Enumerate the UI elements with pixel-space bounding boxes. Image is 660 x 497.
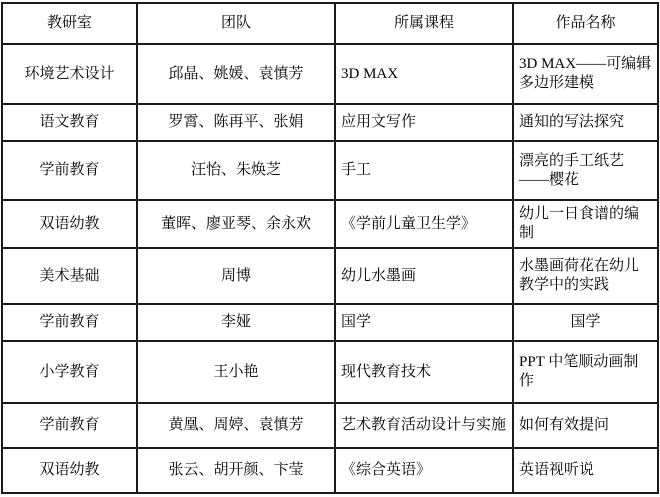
- cell-team: 王小艳: [137, 341, 335, 403]
- cell-team: 李娅: [137, 304, 335, 341]
- table-row: 学前教育 李娅 国学 国学: [2, 304, 658, 341]
- cell-dept: 学前教育: [2, 403, 137, 448]
- table-row: 环境艺术设计 邱晶、姚媛、袁慎芳 3D MAX 3D MAX——可编辑多边形建模: [2, 44, 658, 104]
- cell-work: 如何有效提问: [513, 403, 658, 448]
- cell-work: 3D MAX——可编辑多边形建模: [513, 44, 658, 104]
- cell-team: 汪怡、朱焕芝: [137, 141, 335, 200]
- works-table: 教研室 团队 所属课程 作品名称 环境艺术设计 邱晶、姚媛、袁慎芳 3D MAX…: [1, 2, 659, 494]
- header-row: 教研室 团队 所属课程 作品名称: [2, 3, 658, 44]
- column-header-dept: 教研室: [2, 3, 137, 44]
- table-row: 双语幼教 张云、胡开颜、卞莹 《综合英语》 英语视听说: [2, 448, 658, 493]
- column-header-work: 作品名称: [513, 3, 658, 44]
- table-row: 双语幼教 董晖、廖亚琴、余永欢 《学前儿童卫生学》 幼儿一日食谱的编制: [2, 200, 658, 248]
- table-row: 美术基础 周博 幼儿水墨画 水墨画荷花在幼儿教学中的实践: [2, 248, 658, 304]
- cell-course: 幼儿水墨画: [335, 248, 513, 304]
- cell-course: 应用文写作: [335, 104, 513, 141]
- cell-course: 现代教育技术: [335, 341, 513, 403]
- cell-dept: 语文教育: [2, 104, 137, 141]
- cell-work: 幼儿一日食谱的编制: [513, 200, 658, 248]
- cell-team: 黄凰、周婷、袁慎芳: [137, 403, 335, 448]
- cell-work: 漂亮的手工纸艺——樱花: [513, 141, 658, 200]
- cell-course: 艺术教育活动设计与实施: [335, 403, 513, 448]
- cell-dept: 美术基础: [2, 248, 137, 304]
- cell-team: 周博: [137, 248, 335, 304]
- column-header-course: 所属课程: [335, 3, 513, 44]
- cell-dept: 学前教育: [2, 141, 137, 200]
- cell-team: 张云、胡开颜、卞莹: [137, 448, 335, 493]
- cell-dept: 小学教育: [2, 341, 137, 403]
- cell-dept: 环境艺术设计: [2, 44, 137, 104]
- column-header-team: 团队: [137, 3, 335, 44]
- table-row: 学前教育 黄凰、周婷、袁慎芳 艺术教育活动设计与实施 如何有效提问: [2, 403, 658, 448]
- cell-team: 董晖、廖亚琴、余永欢: [137, 200, 335, 248]
- cell-course: 3D MAX: [335, 44, 513, 104]
- table-row: 学前教育 汪怡、朱焕芝 手工 漂亮的手工纸艺——樱花: [2, 141, 658, 200]
- table-row: 小学教育 王小艳 现代教育技术 PPT 中笔顺动画制作: [2, 341, 658, 403]
- cell-course: 手工: [335, 141, 513, 200]
- cell-dept: 双语幼教: [2, 448, 137, 493]
- cell-dept: 学前教育: [2, 304, 137, 341]
- cell-work: PPT 中笔顺动画制作: [513, 341, 658, 403]
- cell-team: 罗霄、陈再平、张娟: [137, 104, 335, 141]
- cell-work: 水墨画荷花在幼儿教学中的实践: [513, 248, 658, 304]
- cell-dept: 双语幼教: [2, 200, 137, 248]
- cell-course: 《综合英语》: [335, 448, 513, 493]
- cell-course: 国学: [335, 304, 513, 341]
- cell-work: 国学: [513, 304, 658, 341]
- table-row: 语文教育 罗霄、陈再平、张娟 应用文写作 通知的写法探究: [2, 104, 658, 141]
- cell-course: 《学前儿童卫生学》: [335, 200, 513, 248]
- cell-team: 邱晶、姚媛、袁慎芳: [137, 44, 335, 104]
- cell-work: 通知的写法探究: [513, 104, 658, 141]
- document-page: 教研室 团队 所属课程 作品名称 环境艺术设计 邱晶、姚媛、袁慎芳 3D MAX…: [0, 0, 660, 497]
- cell-work: 英语视听说: [513, 448, 658, 493]
